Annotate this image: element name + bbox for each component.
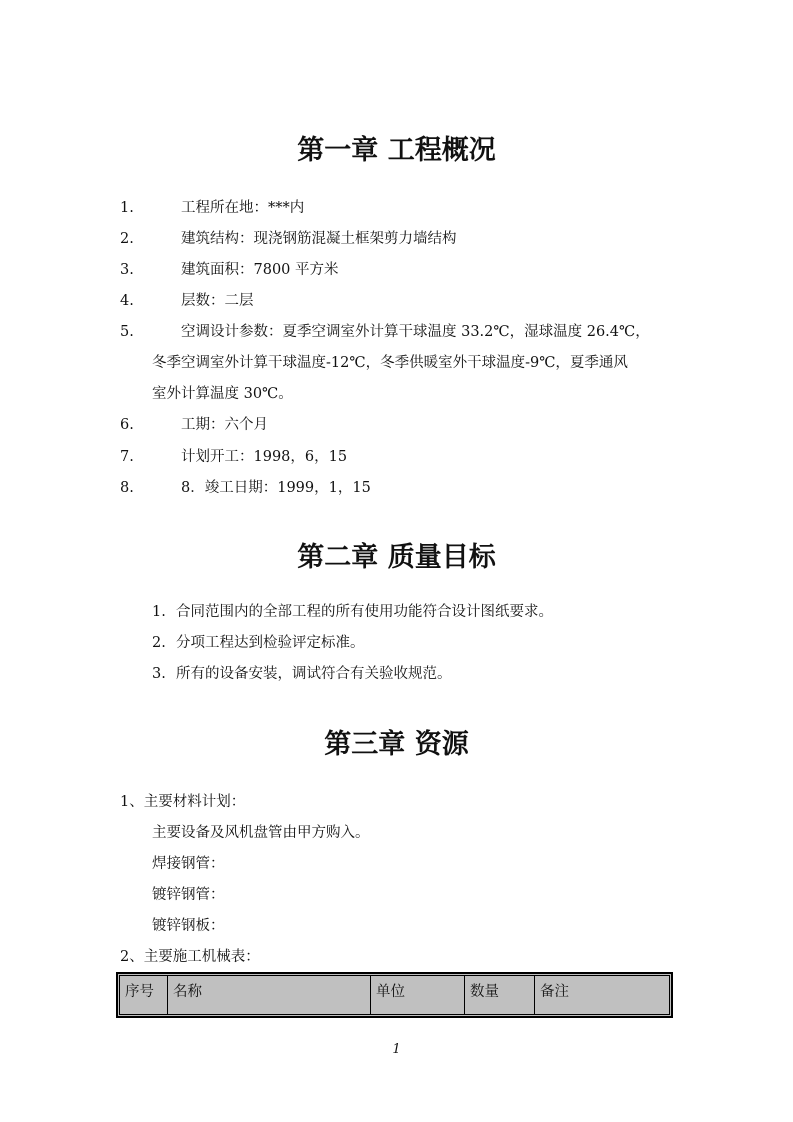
list-item: 2.分项工程达到检验评定标准。 bbox=[152, 633, 365, 653]
chapter-3-title: 第三章 资源 bbox=[0, 722, 793, 761]
machinery-table: 序号 名称 单位 数量 备注 bbox=[117, 973, 672, 1017]
chapter-2-title: 第二章 质量目标 bbox=[0, 535, 793, 574]
paragraph: 主要设备及风机盘管由甲方购入。 bbox=[152, 823, 370, 843]
item-number: 1. bbox=[152, 602, 176, 622]
item-text: 层数：二层 bbox=[181, 291, 254, 311]
paragraph: 焊接钢管： bbox=[152, 854, 225, 874]
column-header-quantity: 数量 bbox=[465, 976, 535, 1014]
item-number: 4. bbox=[120, 291, 134, 311]
item-number: 5. bbox=[120, 322, 134, 342]
item-text: 合同范围内的全部工程的所有使用功能符合设计图纸要求。 bbox=[176, 604, 553, 620]
item-text-continuation: 冬季空调室外计算干球温度-12℃，冬季供暖室外干球温度-9℃，夏季通风 bbox=[152, 353, 628, 373]
item-text: 建筑面积：7800 平方米 bbox=[181, 260, 339, 280]
paragraph: 镀锌钢管： bbox=[152, 885, 225, 905]
item-text: 分项工程达到检验评定标准。 bbox=[176, 635, 365, 651]
column-header-name: 名称 bbox=[168, 976, 371, 1014]
table-header-row: 序号 名称 单位 数量 备注 bbox=[120, 976, 669, 1014]
chapter-1-title: 第一章 工程概况 bbox=[0, 128, 793, 167]
section-heading: 2、主要施工机械表： bbox=[120, 947, 260, 967]
item-number: 1. bbox=[120, 198, 134, 218]
item-number: 3. bbox=[152, 664, 176, 684]
item-number: 2. bbox=[152, 633, 176, 653]
paragraph: 镀锌钢板： bbox=[152, 916, 225, 936]
column-header-index: 序号 bbox=[120, 976, 168, 1014]
document-page: 第一章 工程概况 1. 工程所在地：***内 2. 建筑结构：现浇钢筋混凝土框架… bbox=[0, 0, 793, 1122]
item-number: 8. bbox=[120, 478, 134, 498]
item-text: 工程所在地：***内 bbox=[181, 198, 304, 218]
item-text-continuation: 室外计算温度 30℃。 bbox=[152, 384, 293, 404]
item-number: 2. bbox=[120, 229, 134, 249]
item-text: 计划开工：1998，6，15 bbox=[181, 447, 347, 467]
item-text: 建筑结构：现浇钢筋混凝土框架剪力墙结构 bbox=[181, 229, 457, 249]
column-header-unit: 单位 bbox=[371, 976, 465, 1014]
item-number: 3. bbox=[120, 260, 134, 280]
item-number: 6. bbox=[120, 415, 134, 435]
column-header-remarks: 备注 bbox=[535, 976, 669, 1014]
page-number: 1 bbox=[0, 1042, 793, 1057]
item-text: 所有的设备安装，调试符合有关验收规范。 bbox=[176, 666, 452, 682]
item-text: 工期：六个月 bbox=[181, 415, 268, 435]
item-text: 8．竣工日期：1999，1，15 bbox=[181, 478, 371, 498]
section-heading: 1、主要材料计划： bbox=[120, 792, 245, 812]
list-item: 3.所有的设备安装，调试符合有关验收规范。 bbox=[152, 664, 452, 684]
item-number: 7. bbox=[120, 447, 134, 467]
list-item: 1.合同范围内的全部工程的所有使用功能符合设计图纸要求。 bbox=[152, 602, 553, 622]
item-text: 空调设计参数：夏季空调室外计算干球温度 33.2℃，湿球温度 26.4℃， bbox=[181, 322, 650, 342]
